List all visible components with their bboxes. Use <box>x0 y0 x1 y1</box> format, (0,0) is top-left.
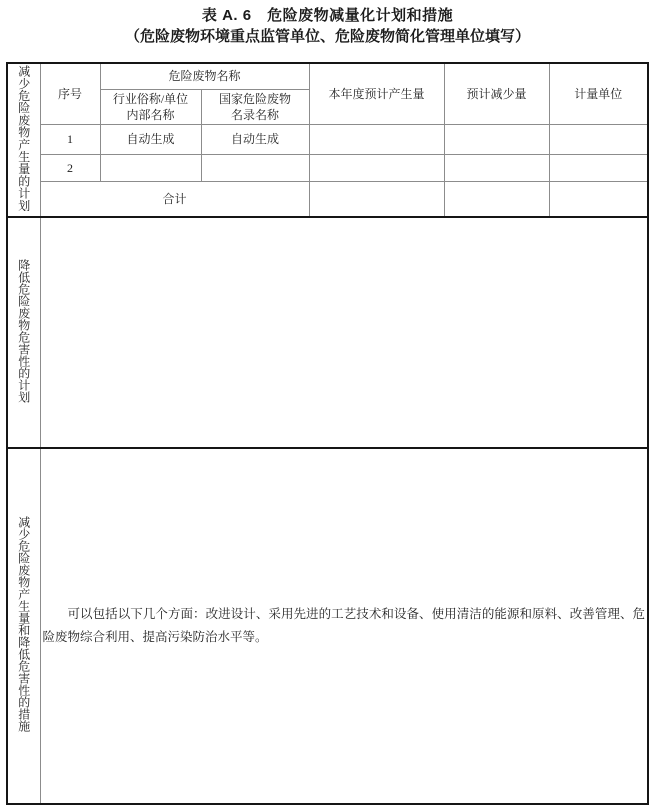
row2-unit-cell <box>549 154 648 181</box>
section3-row-header-cell: 减少危险废物产生量和降低危害性的措施 <box>7 448 40 804</box>
col-header-annual-expected: 本年度预计产生量 <box>309 63 444 124</box>
row2-annual-expected-cell <box>309 154 444 181</box>
total-unit-cell <box>549 181 648 217</box>
row2-industry-name-cell <box>100 154 201 181</box>
page-subtitle: （危险废物环境重点监管单位、危险废物简化管理单位填写） <box>0 27 655 47</box>
row1-unit-cell <box>549 124 648 154</box>
hazardous-waste-reduction-table: 减少危险废物产生量的计划 序号 危险废物名称 本年度预计产生量 预计减少量 计量… <box>6 62 649 805</box>
section2-row-header-cell: 降低危险废物危害性的计划 <box>7 217 40 448</box>
document-page: 表 A. 6 危险废物减量化计划和措施 （危险废物环境重点监管单位、危险废物简化… <box>0 0 655 810</box>
table-row: 2 <box>7 154 648 181</box>
section3-content-cell: 可以包括以下几个方面：改进设计、采用先进的工艺技术和设备、使用清洁的能源和原料、… <box>40 448 648 804</box>
col-header-national-name: 国家危险废物 名录名称 <box>201 89 309 124</box>
row1-industry-name-cell: 自动生成 <box>100 124 201 154</box>
row1-seq-cell: 1 <box>40 124 100 154</box>
total-annual-expected-cell <box>309 181 444 217</box>
col-header-industry-name: 行业俗称/单位 内部名称 <box>100 89 201 124</box>
section2-row: 降低危险废物危害性的计划 <box>7 217 648 448</box>
total-label-cell: 合计 <box>40 181 309 217</box>
row1-national-name-cell: 自动生成 <box>201 124 309 154</box>
col-header-unit: 计量单位 <box>549 63 648 124</box>
col-header-expected-reduction: 预计减少量 <box>444 63 549 124</box>
section3-content-text: 可以包括以下几个方面：改进设计、采用先进的工艺技术和设备、使用清洁的能源和原料、… <box>43 603 646 649</box>
row2-expected-reduction-cell <box>444 154 549 181</box>
section1-header-row-a: 减少危险废物产生量的计划 序号 危险废物名称 本年度预计产生量 预计减少量 计量… <box>7 63 648 89</box>
col-header-waste-name-group: 危险废物名称 <box>100 63 309 89</box>
row1-annual-expected-cell <box>309 124 444 154</box>
total-row: 合计 <box>7 181 648 217</box>
section1-row-header-label: 减少危险废物产生量的计划 <box>18 65 30 211</box>
col-header-seq: 序号 <box>40 63 100 124</box>
table-row: 1 自动生成 自动生成 <box>7 124 648 154</box>
row1-expected-reduction-cell <box>444 124 549 154</box>
section3-row: 减少危险废物产生量和降低危害性的措施 可以包括以下几个方面：改进设计、采用先进的… <box>7 448 648 804</box>
row2-national-name-cell <box>201 154 309 181</box>
total-expected-reduction-cell <box>444 181 549 217</box>
section2-content-cell <box>40 217 648 448</box>
page-title: 表 A. 6 危险废物减量化计划和措施 <box>0 6 655 26</box>
section2-row-header-label: 降低危险废物危害性的计划 <box>18 259 30 403</box>
section1-row-header-cell: 减少危险废物产生量的计划 <box>7 63 40 217</box>
row2-seq-cell: 2 <box>40 154 100 181</box>
section3-row-header-label: 减少危险废物产生量和降低危害性的措施 <box>18 516 30 732</box>
